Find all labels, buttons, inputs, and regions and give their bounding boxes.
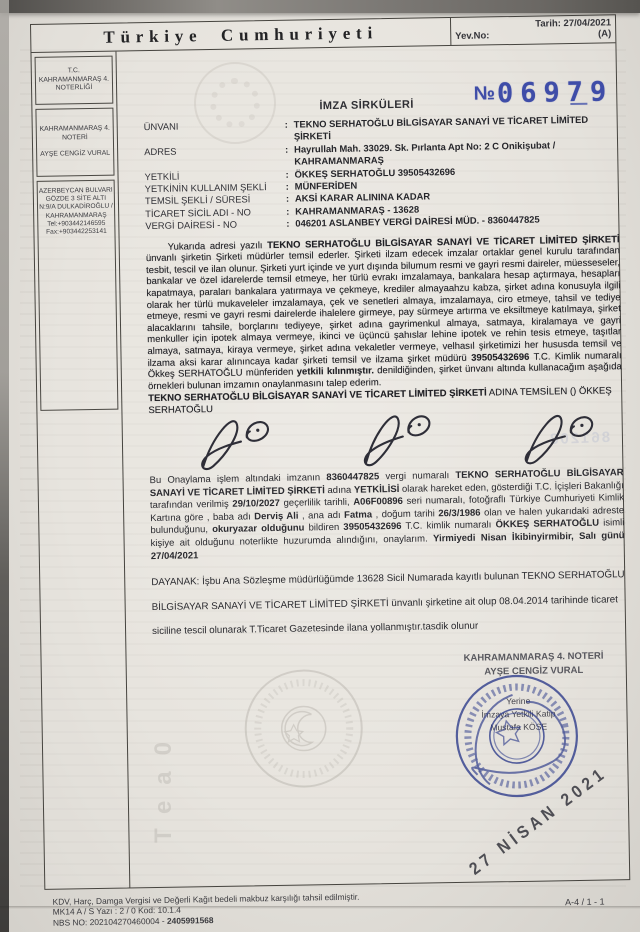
sidebar-fax: Fax:+903442253141 xyxy=(38,228,114,237)
row-label: VERGİ DAİRESİ - NO xyxy=(145,218,286,233)
notary-office-box: T.C. KAHRAMANMARAŞ 4. NOTERLİĞİ xyxy=(35,56,114,105)
notary-name-box: KAHRAMANMARAŞ 4. NOTERİ AYŞE CENGİZ VURA… xyxy=(35,108,114,177)
yevno-line: Yev.No: (A) xyxy=(455,28,611,42)
notary-sidebar: T.C. KAHRAMANMARAŞ 4. NOTERLİĞİ KAHRAMAN… xyxy=(31,52,130,889)
scanner-edge-left xyxy=(0,0,9,932)
authorization-text: Yukarıda adresi yazılı TEKNO SERHATOĞLU … xyxy=(146,234,622,392)
sidebar-line: AYŞE CENGİZ VURAL xyxy=(37,150,113,160)
main-column: İMZA SİRKÜLERİ №06979 ÜNVANI:TEKNO SERHA… xyxy=(116,43,638,887)
content-row: T.C. KAHRAMANMARAŞ 4. NOTERLİĞİ KAHRAMAN… xyxy=(31,43,629,888)
scanned-document: Tea0 861208 Türkiye Cumhuriyeti Tarih: 2… xyxy=(0,0,640,932)
row-label: ÜNVANI xyxy=(144,119,285,146)
dayanak-line: BİLGİSAYAR SANAYİ VE TİCARET LİMİTED ŞİR… xyxy=(152,594,626,613)
notary-address-box: AZERBEYCAN BULVARI GÖZDE 3 SİTE ALTI N:9… xyxy=(37,180,119,411)
dayanak-block: DAYANAK: İşbu Ana Sözleşme müdürlüğümde … xyxy=(151,569,626,637)
company-info-table: ÜNVANI:TEKNO SERHATOĞLU BİLGİSAYAR SANAY… xyxy=(144,113,620,232)
date-label: Tarih: xyxy=(535,18,561,29)
document-type-label: İMZA SİRKÜLERİ xyxy=(319,99,414,113)
authorization-paragraph: Yukarıda adresi yazılı TEKNO SERHATOĞLU … xyxy=(146,234,622,393)
document-header: İMZA SİRKÜLERİ №06979 xyxy=(143,75,617,115)
scanner-edge-bottom xyxy=(0,906,640,909)
serial-digits: 06979 xyxy=(497,76,614,109)
yevno-label: Yev.No: xyxy=(455,30,489,42)
stamp-zone: KAHRAMANMARAŞ 4. NOTERİ AYŞE CENGİZ VURA… xyxy=(152,643,630,887)
notary-round-stamp xyxy=(449,668,585,804)
serial-number-stamp: №06979 xyxy=(473,76,613,109)
date-box: Tarih: 27/04/2021 Yev.No: (A) xyxy=(450,15,615,45)
nbs-number: 2405991568 xyxy=(167,915,214,926)
confirmation-paragraph: Bu Onaylama işlem altındaki imzanın 8360… xyxy=(149,467,624,563)
document-page: Türkiye Cumhuriyeti Tarih: 27/04/2021 Ye… xyxy=(30,14,631,928)
date-value: 27/04/2021 xyxy=(563,17,611,29)
country-title: Türkiye Cumhuriyeti xyxy=(103,23,378,48)
nbs-label: NBS NO: 202104270460004 - xyxy=(53,916,167,928)
row-label: ADRES xyxy=(144,144,285,171)
document-border: Türkiye Cumhuriyeti Tarih: 27/04/2021 Ye… xyxy=(30,14,630,889)
scanner-edge-top xyxy=(0,0,640,13)
dayanak-line: DAYANAK: İşbu Ana Sözleşme müdürlüğümde … xyxy=(151,569,625,588)
signature-samples xyxy=(182,405,623,474)
corner-mark: (A) xyxy=(598,28,611,39)
numero-sign: № xyxy=(474,83,496,104)
dayanak-line: siciline tescil olunarak T.Ticaret Gazet… xyxy=(152,618,626,637)
sidebar-line: NOTERLİĞİ xyxy=(36,84,112,94)
embossed-seal xyxy=(237,661,371,795)
